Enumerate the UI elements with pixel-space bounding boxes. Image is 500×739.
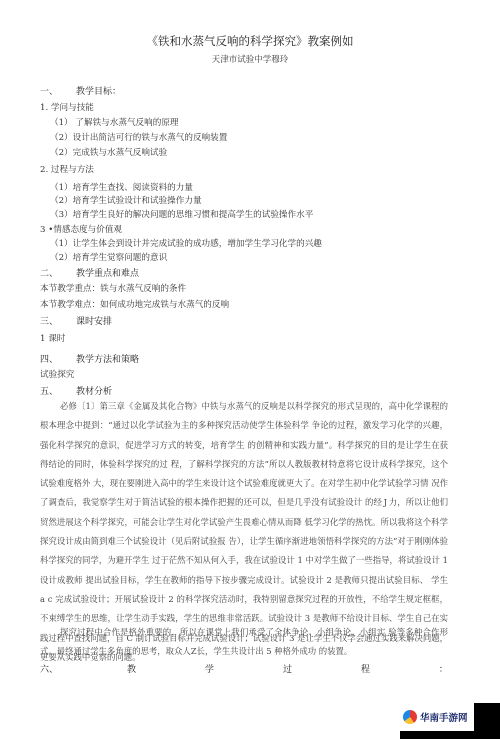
section-1-heading: 一、教学目标： xyxy=(40,84,121,97)
list-item: （2）培育学生觉察问题的意识 xyxy=(50,251,167,263)
section-number: 一、 xyxy=(40,84,76,97)
section-3-heading: 三、课时安排 xyxy=(40,314,112,327)
list-item: （2）培育学生试验设计和试验操作力量 xyxy=(50,194,202,206)
list-item: （2）完成铁与水蒸气反响试验 xyxy=(50,146,167,158)
section-5-heading: 五、教材分析 xyxy=(40,384,112,397)
section-number: 三、 xyxy=(40,314,76,327)
document-page: 《铁和水蒸气反响的科学探究》教案例如 天津市试验中学穆玲 一、教学目标： 1. … xyxy=(0,0,500,739)
section-4-heading: 四、教学方法和策略 xyxy=(40,352,139,365)
key-point: 本节教学重点：铁与水蒸气反响的条件 xyxy=(40,282,186,294)
section-6-heading: 六、 教 学 过 程 ： xyxy=(40,662,448,675)
subsection-knowledge: 1. 学问与技能 xyxy=(40,101,94,113)
section-number: 六、 xyxy=(40,662,58,675)
section-number: 四、 xyxy=(40,352,76,365)
section-title: 课时安排 xyxy=(76,317,112,327)
section-title: 教学重点和难点 xyxy=(76,269,139,279)
list-item: （3）培育学生良好的解决问题的思维习惯和提高学生的试验操作水平 xyxy=(50,208,313,220)
section-2-heading: 二、教学重点和难点 xyxy=(40,266,139,279)
document-author: 天津市试验中学穆玲 xyxy=(0,53,500,65)
section-number: 二、 xyxy=(40,266,76,279)
watermark: 华南手游网 xyxy=(400,703,500,739)
heading-char: ： xyxy=(439,662,448,675)
watermark-badge: 华南手游网 xyxy=(400,703,474,731)
section-title: 教学方法和策略 xyxy=(76,355,139,365)
cooperation-paragraph: 探究过程中合作是格外重要的，所以在课堂上我们承受了全体争论、小组争论、小组实 验… xyxy=(40,623,448,662)
heading-char: 学 xyxy=(205,662,214,675)
lesson-count: 1 课时 xyxy=(40,332,65,344)
teaching-method: 试验探究 xyxy=(40,368,74,380)
subsection-attitude: 3 •情感态度与价值观 xyxy=(40,223,122,235)
subsection-process: 2. 过程与方法 xyxy=(40,163,94,175)
section-title: 教材分析 xyxy=(76,387,112,397)
section-number: 五、 xyxy=(40,384,76,397)
section-title: 教学目标： xyxy=(76,87,121,97)
list-item: （1）让学生体会到设计并完成试验的成功感，增加学生学习化学的兴趣 xyxy=(50,237,322,249)
difficult-point: 本节教学难点：如何成功地完成铁与水蒸气的反响 xyxy=(40,298,229,310)
list-item: （1） 了解铁与水蒸气反响的原理 xyxy=(50,116,179,128)
heading-char: 过 xyxy=(283,662,292,675)
list-item: （2）设计出简洁可行的铁与水蒸气的反响装置 xyxy=(50,131,227,143)
heading-char: 教 xyxy=(127,662,136,675)
document-title: 《铁和水蒸气反响的科学探究》教案例如 xyxy=(0,33,500,49)
site-logo-icon xyxy=(403,710,417,724)
list-item: （1）培育学生查找、阅读资料的力量 xyxy=(50,181,193,193)
heading-char: 程 xyxy=(361,662,370,675)
watermark-text: 华南手游网 xyxy=(420,710,468,724)
